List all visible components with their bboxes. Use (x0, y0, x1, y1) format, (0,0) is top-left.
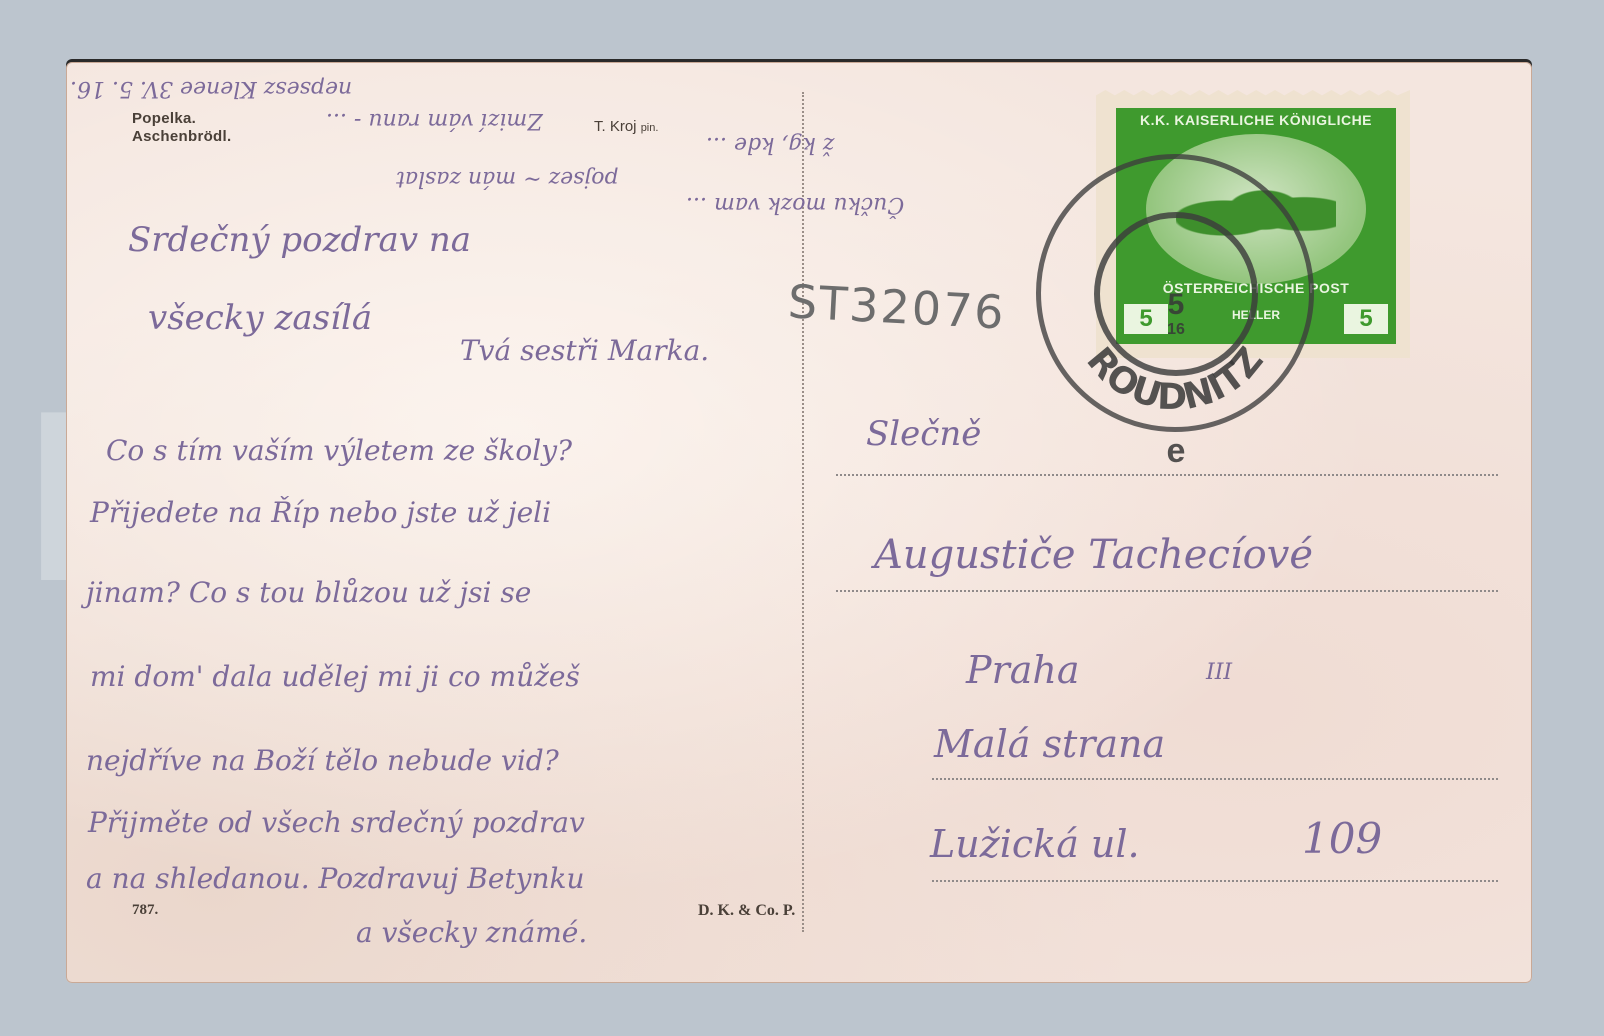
address-line-3 (932, 778, 1498, 780)
address-street: Lužická ul. (930, 822, 1140, 866)
printed-artist: T. Kroj pin. (594, 118, 658, 135)
address-name: Augustiče Tachecíové (874, 532, 1313, 578)
artist-name: T. Kroj (594, 118, 637, 135)
postmark-year: 16 (1146, 322, 1206, 338)
message-line-11: a všecky známé. (356, 916, 587, 949)
printed-title-german: Aschenbrödl. (132, 128, 231, 145)
message-signature: Tvá sestři Marka. (460, 334, 709, 367)
stamp-value-right: 5 (1344, 304, 1388, 334)
vertical-divider (802, 92, 804, 932)
stamp-text-top: K.K. KAISERLICHE KÖNIGLICHE (1116, 112, 1396, 128)
publisher-mark: D. K. & Co. P. (698, 902, 795, 920)
svg-text:ROUDNITZ: ROUDNITZ (1078, 340, 1271, 418)
message-right-upside-line-1: ž kg, kde ... (706, 132, 834, 157)
message-line-9: Přijměte od všech srdečný pozdrav (88, 806, 585, 839)
postmark-day: 5 (1146, 290, 1206, 320)
message-upside-line-2: Zmizí vám ranu - ... (326, 108, 543, 133)
artist-suffix: pin. (641, 122, 659, 134)
printed-title-czech: Popelka. (132, 110, 196, 127)
message-line-7: mi dom' dala udělej mi ji co můžeš (90, 660, 580, 693)
postmark-date: 5 16 (1146, 290, 1206, 338)
message-right-upside-line-2: Čučku mozk vam ... (686, 192, 904, 217)
message-upside-line-1: nepsesz Klenee 3V. 5. 16. (70, 76, 352, 101)
message-line-10: a na shledanou. Pozdravuj Betynku (86, 862, 585, 895)
inventory-code: ST32076 (787, 274, 1007, 339)
address-line-1 (836, 474, 1498, 476)
message-upside-line-3: pojsez ~ mán zaslat (396, 166, 619, 191)
postmark-letter: e (1160, 432, 1192, 471)
message-line-1: Srdečný pozdrav na (128, 220, 471, 260)
address-district-mark: III (1206, 660, 1232, 685)
message-line-4: Co s tím vaším výletem ze školy? (106, 434, 572, 467)
message-line-8: nejdříve na Boží tělo nebude vid? (86, 744, 559, 777)
address-line-4 (932, 880, 1498, 882)
message-line-5: Přijedete na Říp nebo jste už jeli (90, 496, 551, 529)
message-line-2: všecky zasílá (148, 298, 372, 338)
catalog-number: 787. (132, 902, 158, 919)
address-line-2 (836, 590, 1498, 592)
address-city: Praha (966, 648, 1080, 692)
message-line-6: jinam? Co s tou blůzou už jsi se (86, 576, 531, 609)
address-district: Malá strana (934, 722, 1165, 766)
address-number: 109 (1302, 814, 1382, 863)
address-salutation: Slečně (866, 414, 981, 454)
